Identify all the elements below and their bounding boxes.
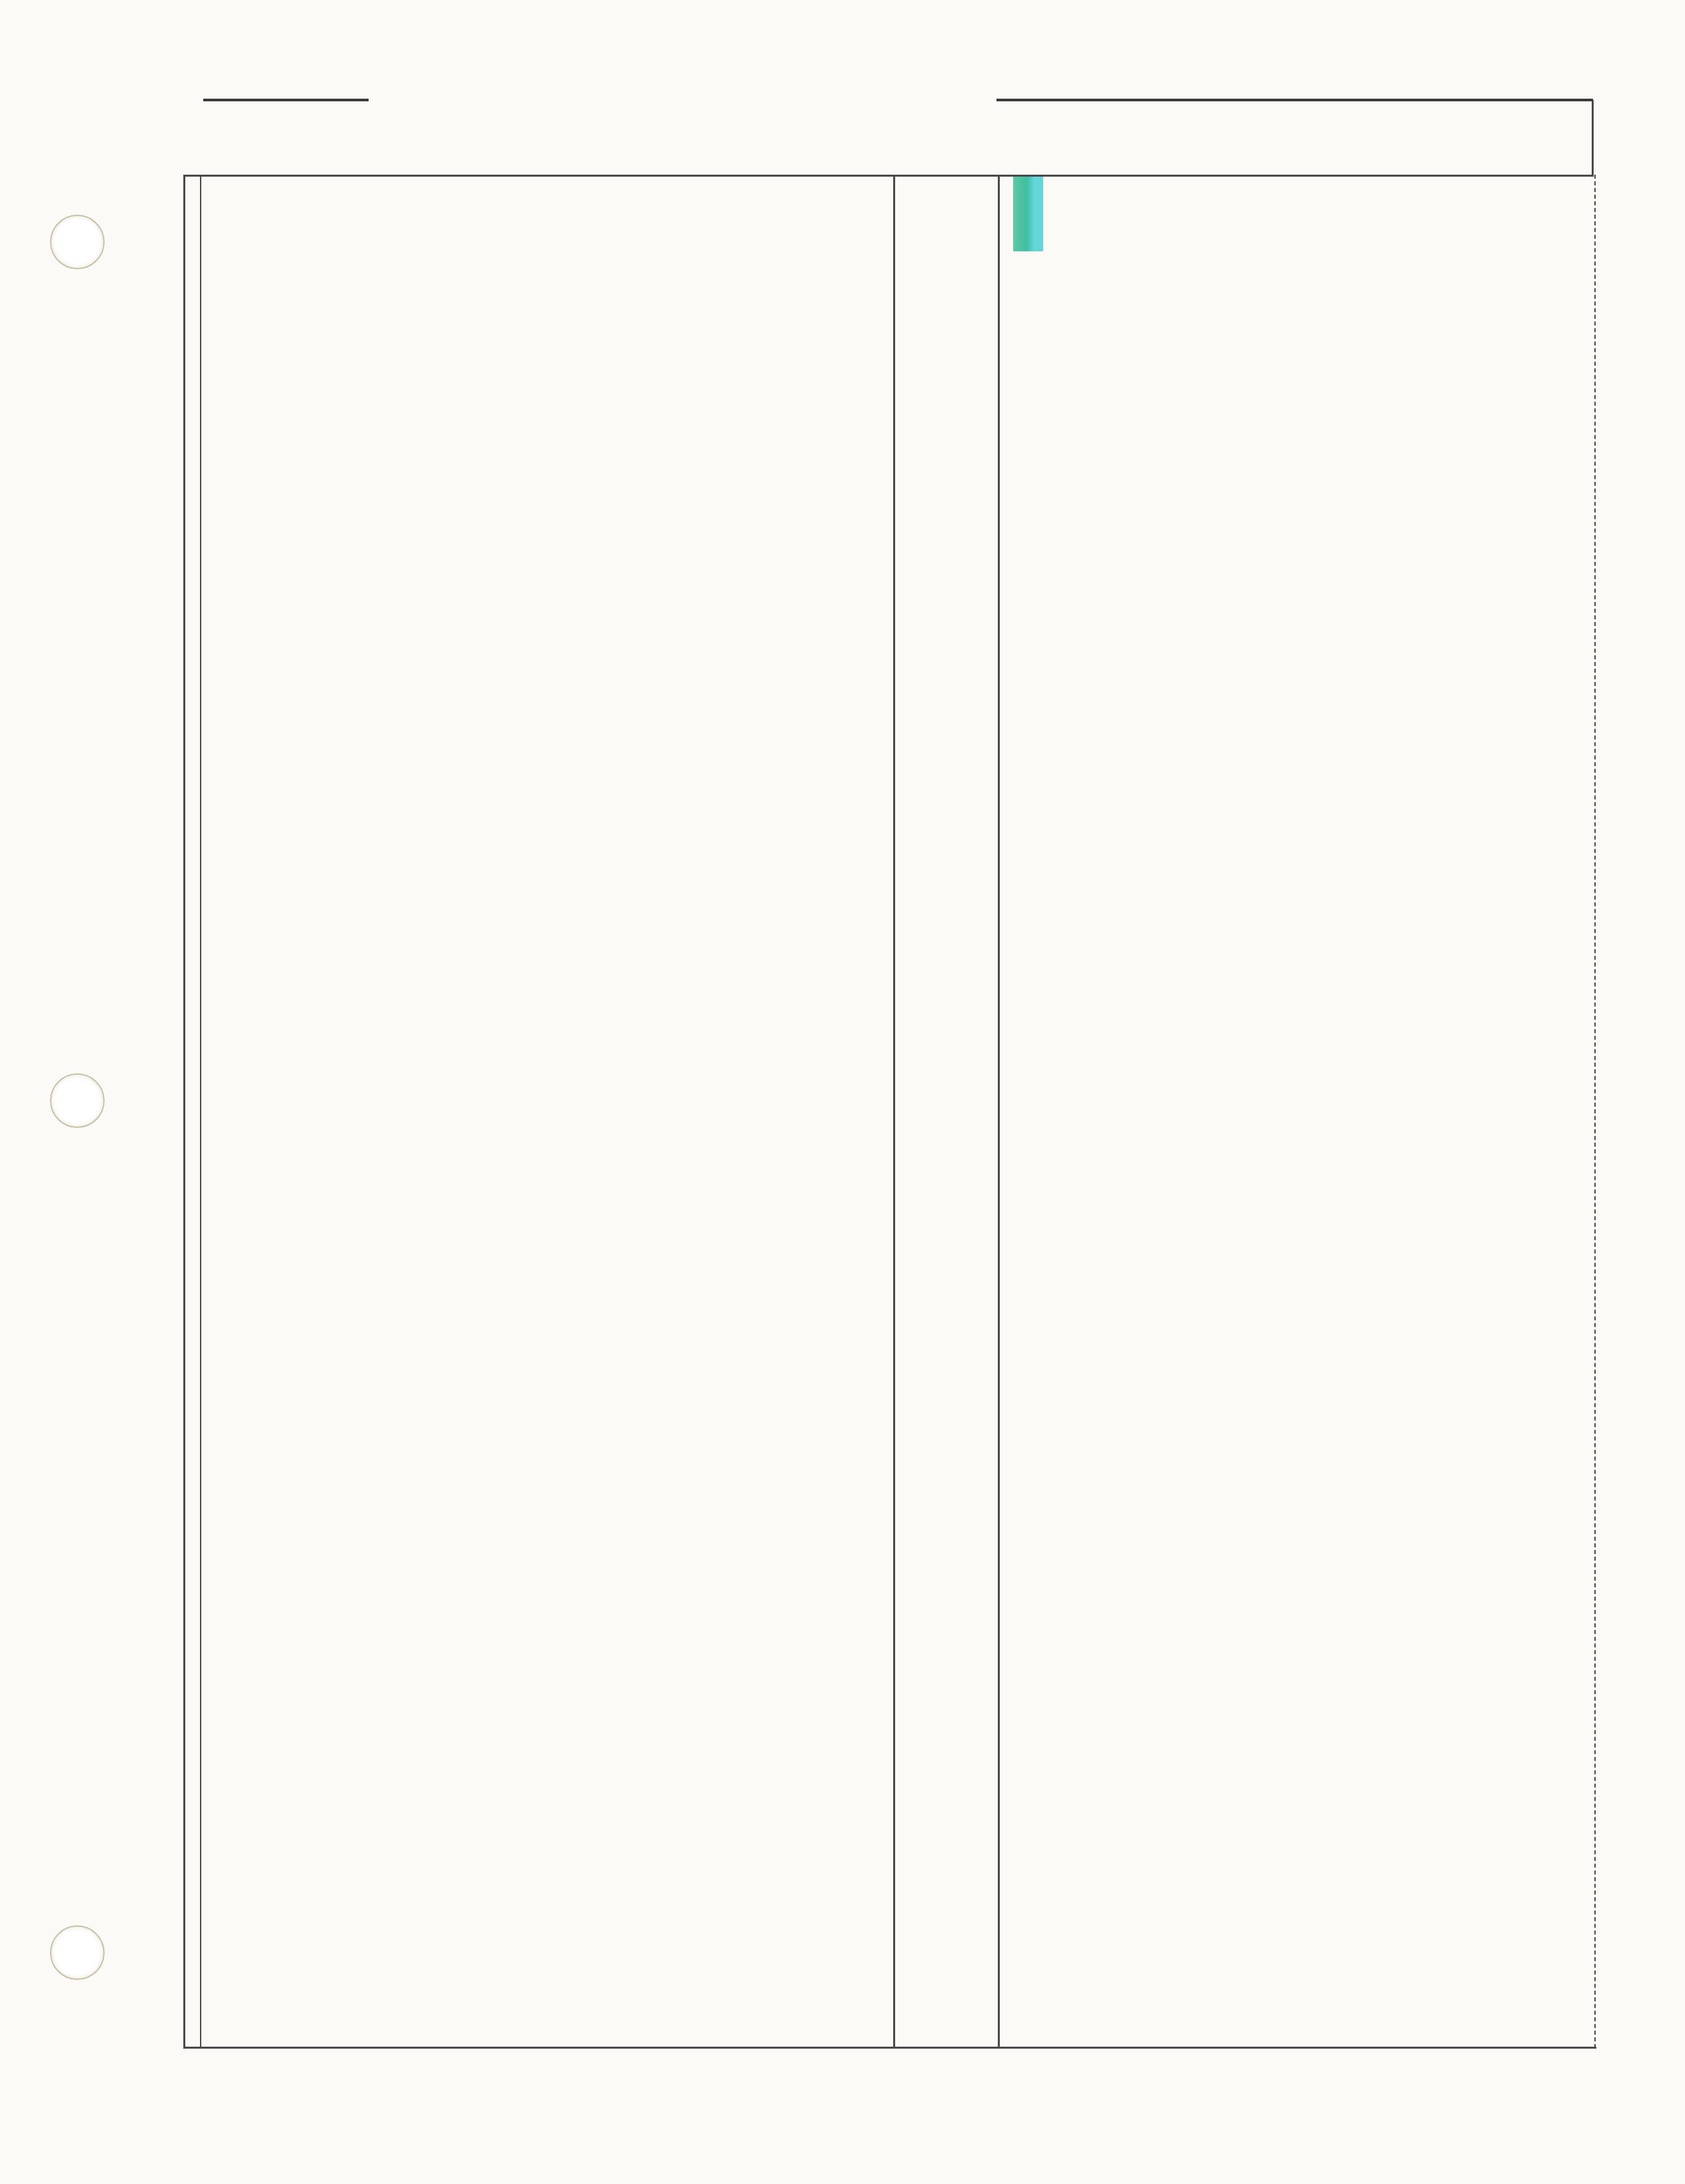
label-column-right bbox=[998, 175, 1000, 2048]
mph-highlight bbox=[1013, 177, 1043, 251]
form-bottom-line bbox=[183, 2047, 1596, 2049]
hole-punch-bottom bbox=[50, 1925, 105, 1980]
cf-box-right bbox=[1592, 100, 1594, 177]
cf-box-bottom bbox=[183, 175, 1594, 177]
left-frame-outer bbox=[183, 175, 185, 2048]
cf-field[interactable] bbox=[933, 137, 1586, 171]
grid-right-edge bbox=[1594, 175, 1596, 2048]
hole-punch-middle bbox=[50, 1073, 105, 1128]
date-field[interactable] bbox=[203, 61, 369, 101]
gloss-field[interactable] bbox=[996, 99, 1593, 101]
left-frame-inner bbox=[200, 175, 201, 2048]
hole-punch-top bbox=[50, 215, 105, 269]
label-column-left bbox=[893, 175, 895, 2048]
